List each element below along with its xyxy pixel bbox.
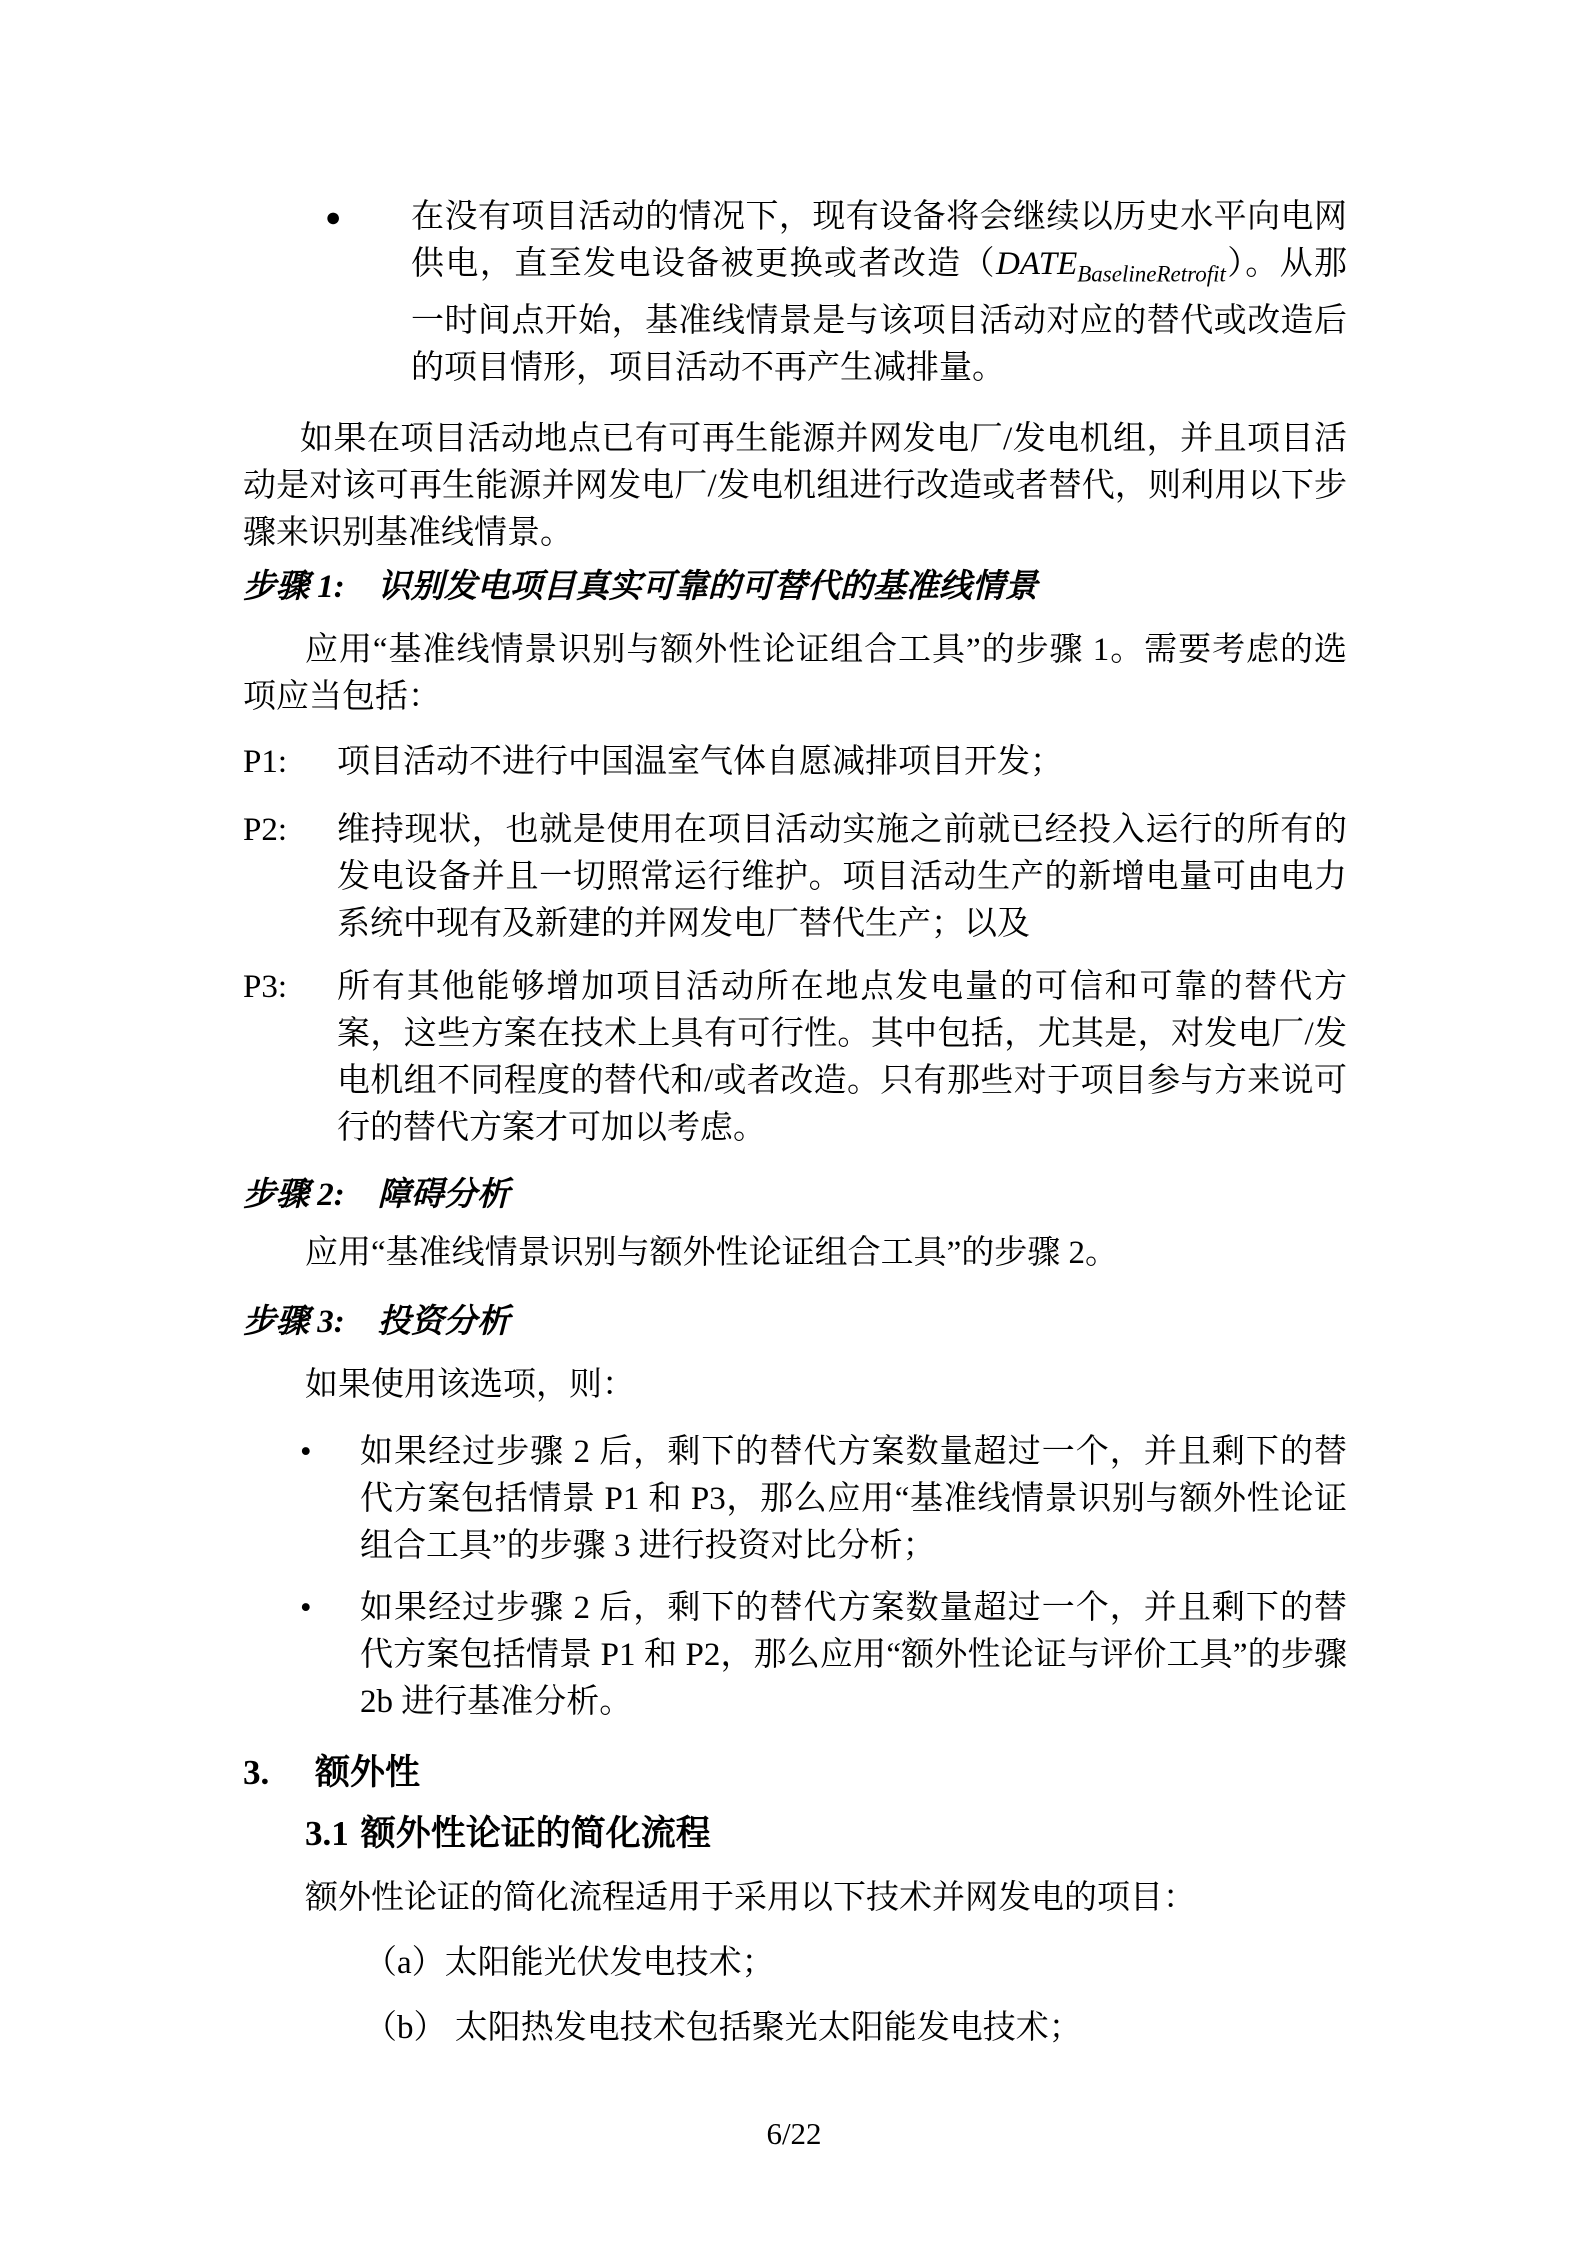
investment-bullet-text-2: 如果经过步骤 2 后，剩下的替代方案数量超过一个，并且剩下的替代方案包括情景 P… — [360, 1585, 1347, 1726]
option-label-p1: P1: — [243, 739, 337, 786]
option-label-p2: P2: — [243, 807, 337, 854]
step1-heading: 步骤 1: 识别发电项目真实可靠的可替代的基准线情景 — [243, 564, 1347, 611]
bullet-icon: ● — [325, 194, 411, 241]
option-row-p2: P2: 维持现状，也就是使用在项目活动实施之前就已经投入运行的所有的发电设备并且… — [243, 807, 1347, 948]
baseline-intro-bullet-item: ● 在没有项目活动的情况下，现有设备将会继续以历史水平向电网供电，直至发电设备被… — [243, 194, 1347, 392]
paragraph-existing-plant: 如果在项目活动地点已有可再生能源并网发电厂/发电机组，并且项目活动是对该可再生能… — [243, 416, 1347, 557]
formula-date-variable: DATE — [996, 246, 1077, 282]
step2-heading: 步骤 2: 障碍分析 — [243, 1172, 1347, 1219]
subsection31-heading: 3.1 额外性论证的简化流程 — [305, 1810, 1347, 1857]
step3-heading: 步骤 3: 投资分析 — [243, 1299, 1347, 1346]
bullet-icon: • — [300, 1585, 360, 1632]
page-footer: 6/22 — [0, 2110, 1588, 2157]
option-row-p1: P1: 项目活动不进行中国温室气体自愿减排项目开发； — [243, 739, 1347, 786]
investment-bullet-item-1: • 如果经过步骤 2 后，剩下的替代方案数量超过一个，并且剩下的替代方案包括情景… — [243, 1429, 1347, 1570]
page-content: ● 在没有项目活动的情况下，现有设备将会继续以历史水平向电网供电，直至发电设备被… — [243, 194, 1347, 2052]
step3-intro: 如果使用该选项，则： — [243, 1362, 1347, 1409]
tech-item-b: （b） 太阳热发电技术包括聚光太阳能发电技术； — [364, 2005, 1347, 2052]
formula-date-subscript: BaselineRetrofit — [1077, 262, 1226, 287]
subsection31-title: 额外性论证的简化流程 — [361, 1810, 711, 1857]
document-page: ● 在没有项目活动的情况下，现有设备将会继续以历史水平向电网供电，直至发电设备被… — [0, 0, 1588, 2245]
tech-item-a: （a）太阳能光伏发电技术； — [364, 1940, 1347, 1987]
baseline-intro-text: 在没有项目活动的情况下，现有设备将会继续以历史水平向电网供电，直至发电设备被更换… — [411, 194, 1347, 392]
option-text-p2: 维持现状，也就是使用在项目活动实施之前就已经投入运行的所有的发电设备并且一切照常… — [337, 807, 1347, 948]
option-row-p3: P3: 所有其他能够增加项目活动所在地点发电量的可信和可靠的替代方案，这些方案在… — [243, 964, 1347, 1152]
investment-bullet-item-2: • 如果经过步骤 2 后，剩下的替代方案数量超过一个，并且剩下的替代方案包括情景… — [243, 1585, 1347, 1726]
section3-number: 3. — [243, 1749, 315, 1796]
step1-intro: 应用“基准线情景识别与额外性论证组合工具”的步骤 1。需要考虑的选项应当包括： — [243, 627, 1347, 721]
option-text-p1: 项目活动不进行中国温室气体自愿减排项目开发； — [337, 739, 1347, 786]
option-text-p3: 所有其他能够增加项目活动所在地点发电量的可信和可靠的替代方案，这些方案在技术上具… — [337, 964, 1347, 1152]
simplified-procedure-intro: 额外性论证的简化流程适用于采用以下技术并网发电的项目： — [243, 1875, 1347, 1922]
page-number: 6/22 — [766, 2116, 821, 2151]
subsection31-number: 3.1 — [305, 1810, 349, 1857]
step2-paragraph: 应用“基准线情景识别与额外性论证组合工具”的步骤 2。 — [243, 1230, 1347, 1277]
section3-title: 额外性 — [315, 1749, 420, 1796]
option-label-p3: P3: — [243, 964, 337, 1011]
bullet-icon: • — [300, 1429, 360, 1476]
section3-heading: 3. 额外性 — [243, 1749, 1347, 1796]
investment-bullet-text-1: 如果经过步骤 2 后，剩下的替代方案数量超过一个，并且剩下的替代方案包括情景 P… — [360, 1429, 1347, 1570]
